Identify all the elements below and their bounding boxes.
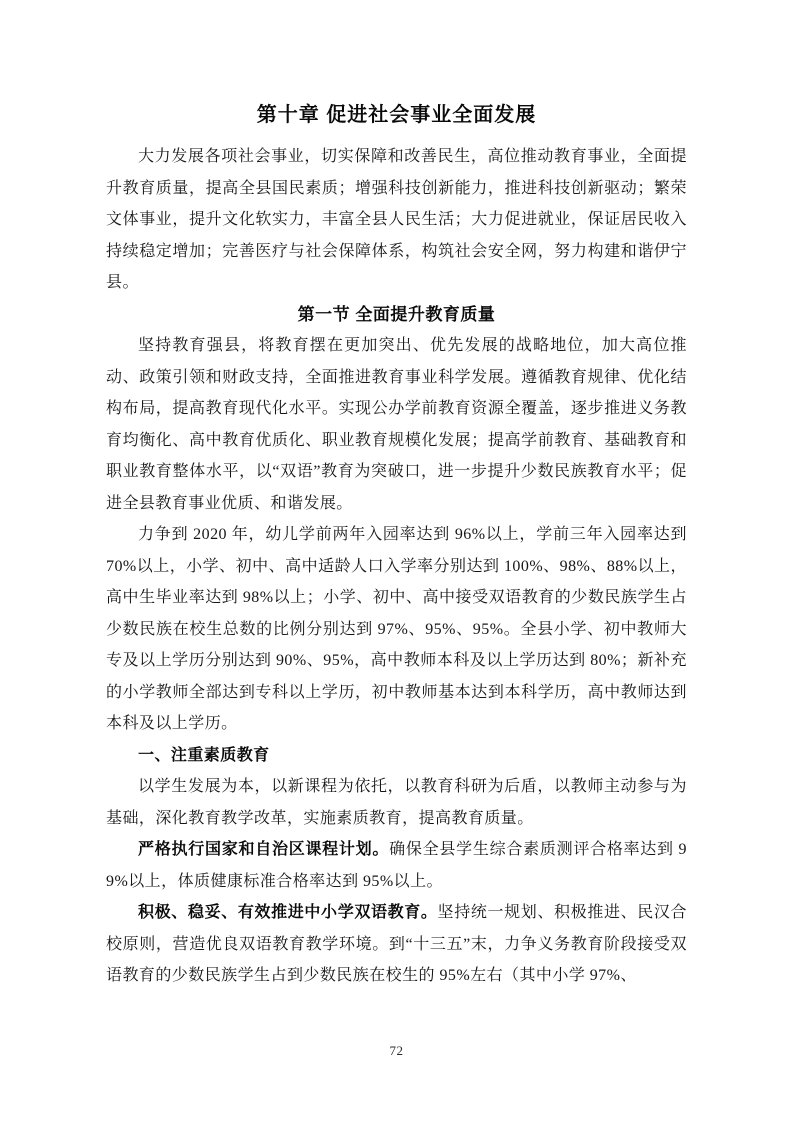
subsection-paragraph: 以学生发展为本，以新课程为依托，以教育科研为后盾，以教师主动参与为基础，深化教育… <box>106 771 687 834</box>
emphasis-lead-1: 严格执行国家和自治区课程计划。 <box>138 841 389 858</box>
section-paragraph-1: 坚持教育强县，将教育摆在更加突出、优先发展的战略地位，加大高位推动、政策引领和财… <box>106 330 687 519</box>
emphasis-paragraph-1: 严格执行国家和自治区课程计划。确保全县学生综合素质测评合格率达到 99%以上，体… <box>106 834 687 897</box>
page-number: 72 <box>0 1043 793 1059</box>
emphasis-paragraph-2: 积极、稳妥、有效推进中小学双语教育。坚持统一规划、积极推进、民汉合校原则，营造优… <box>106 897 687 992</box>
document-page: 第十章 促进社会事业全面发展 大力发展各项社会事业，切实保障和改善民生，高位推动… <box>0 0 793 1122</box>
subsection-heading: 一、注重素质教育 <box>106 740 687 772</box>
document-content: 第十章 促进社会事业全面发展 大力发展各项社会事业，切实保障和改善民生，高位推动… <box>106 101 687 992</box>
chapter-title: 第十章 促进社会事业全面发展 <box>106 101 687 129</box>
intro-paragraph: 大力发展各项社会事业，切实保障和改善民生，高位推动教育事业，全面提升教育质量，提… <box>106 141 687 299</box>
section-paragraph-2: 力争到 2020 年，幼儿学前两年入园率达到 96%以上，学前三年入园率达到 7… <box>106 519 687 740</box>
emphasis-lead-2: 积极、稳妥、有效推进中小学双语教育。 <box>138 904 438 921</box>
section-title: 第一节 全面提升教育质量 <box>106 299 687 331</box>
